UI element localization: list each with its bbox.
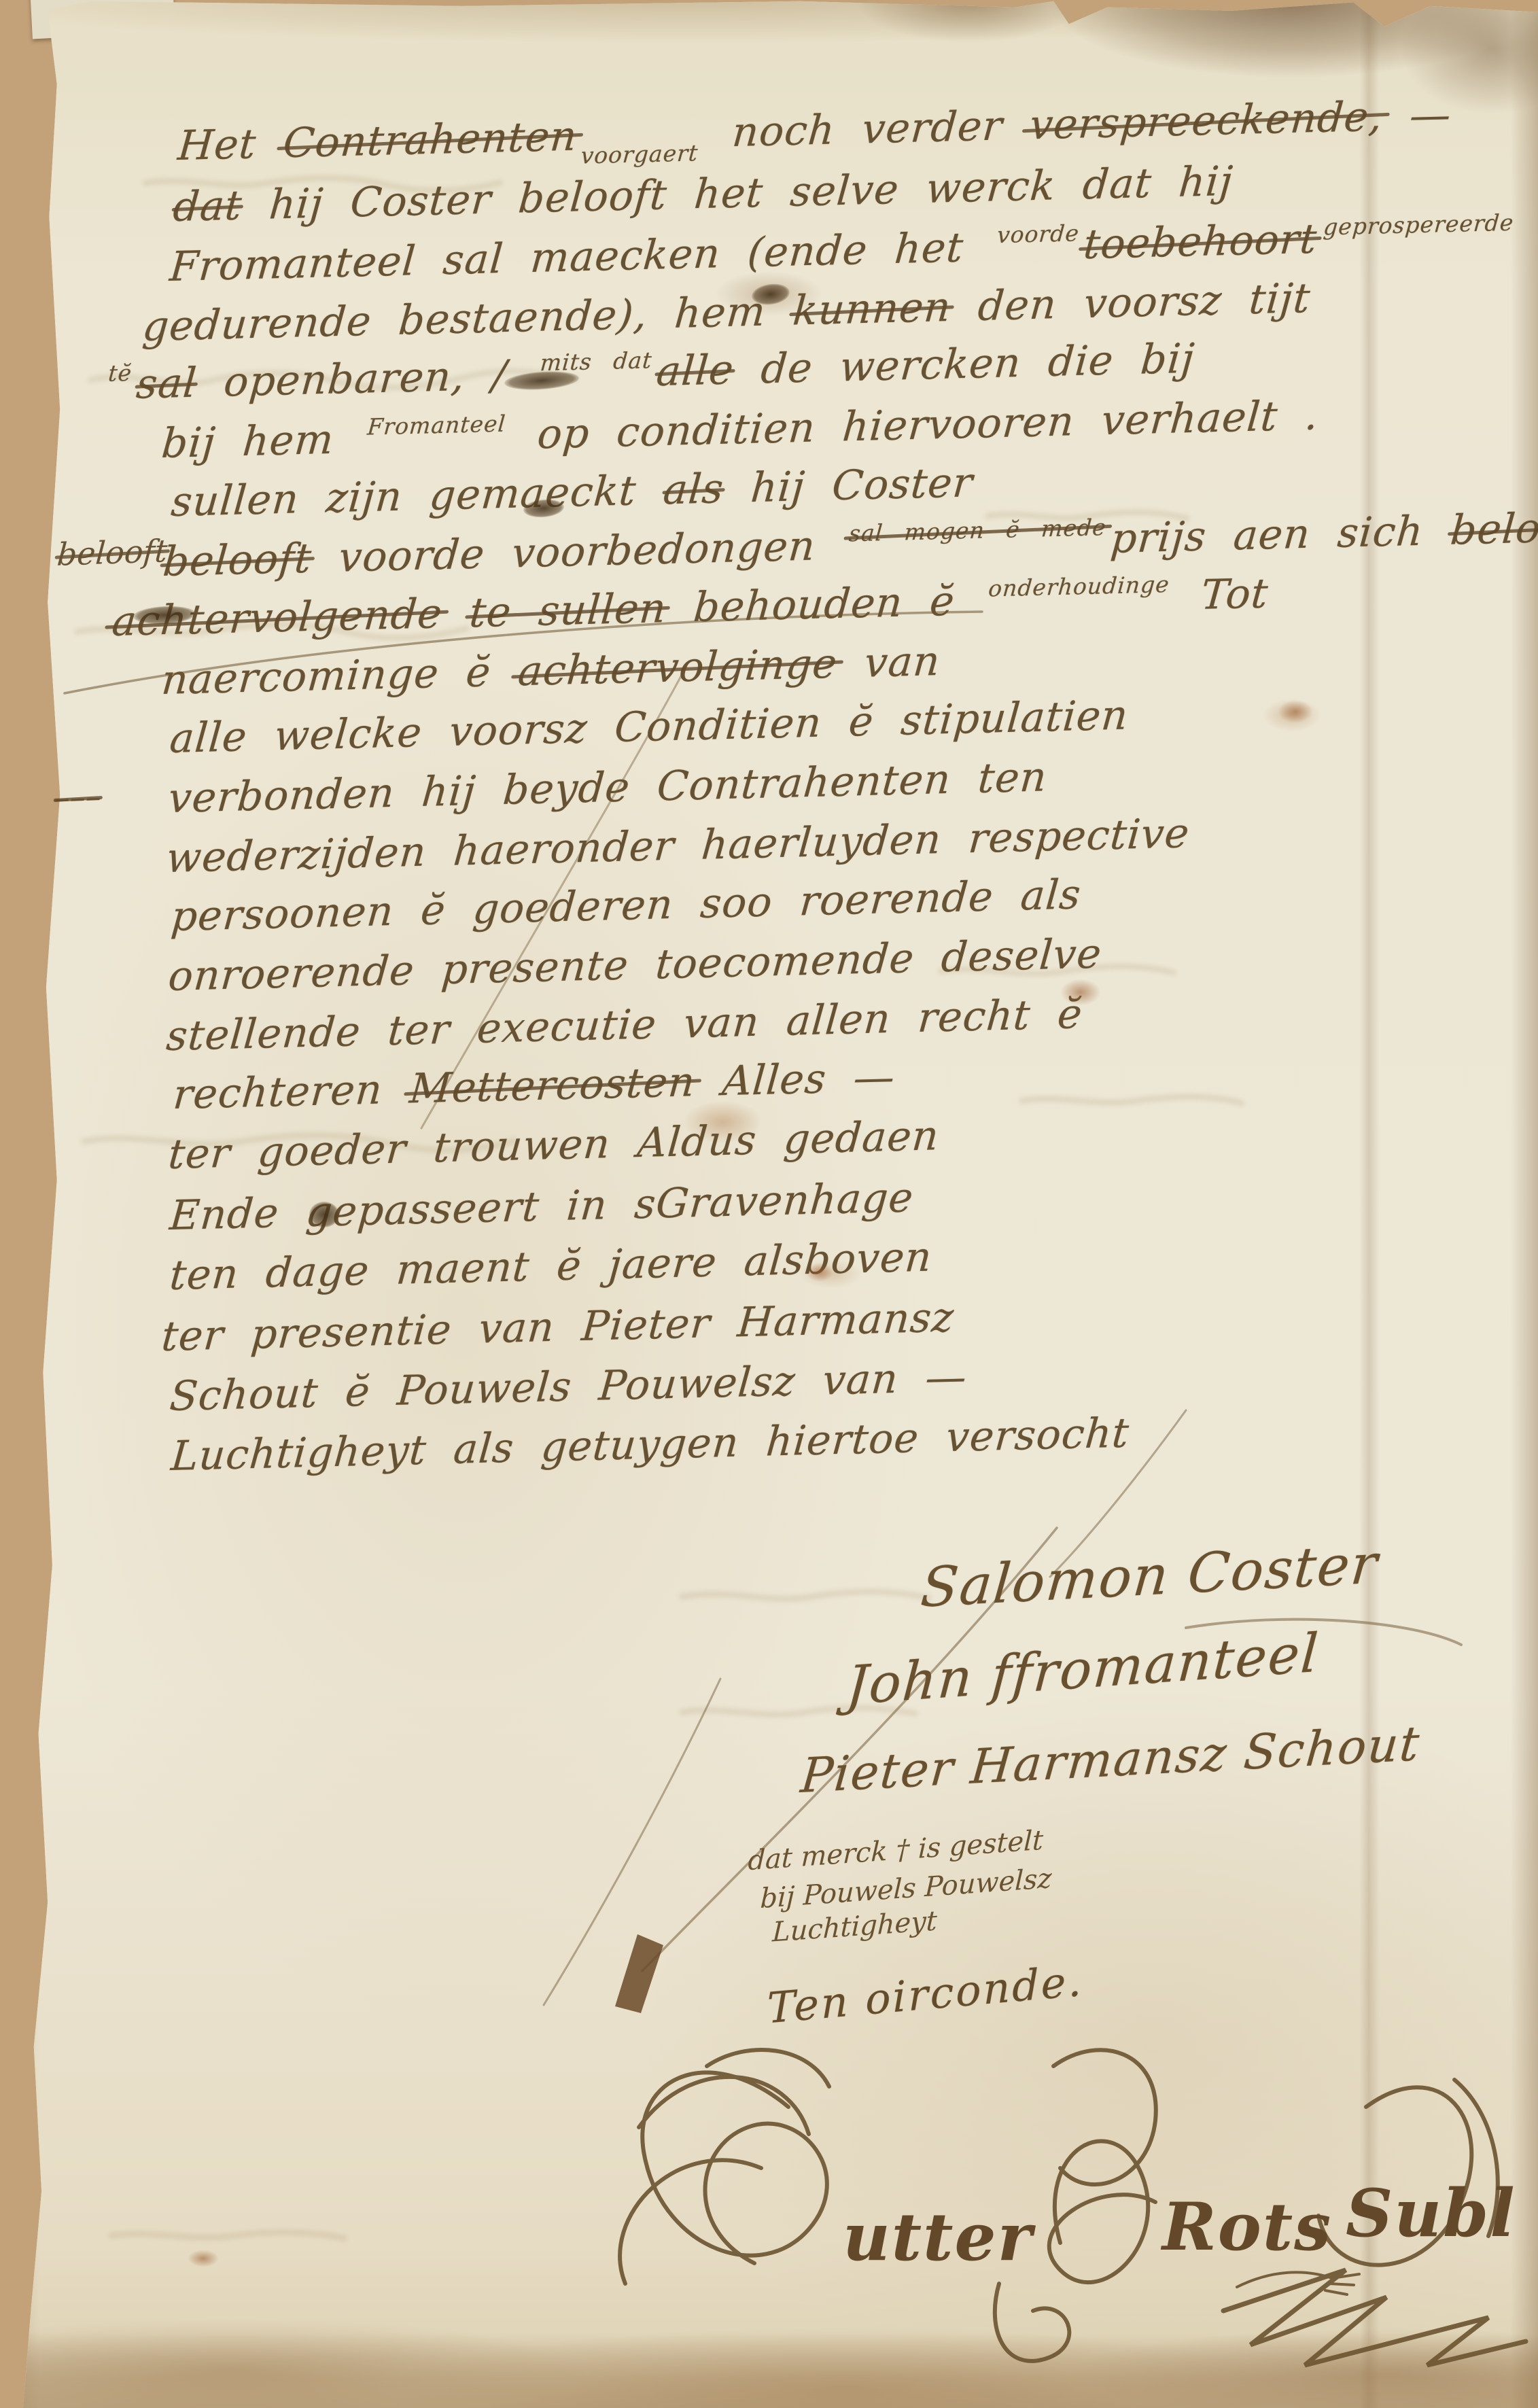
rust-spot <box>1278 700 1313 723</box>
struck-text: sal <box>135 360 198 408</box>
margin-note: ––– <box>53 778 103 817</box>
struck-text: kunnen <box>791 283 953 335</box>
struck-text: ––– <box>53 778 103 817</box>
interlinear-insertion: voorde <box>996 220 1081 249</box>
handwritten-text: behouden ĕ <box>665 577 984 633</box>
handwritten-text: prijs aen sich <box>1109 507 1453 563</box>
handwritten-text: den voorsz tijt <box>949 275 1312 331</box>
handwritten-text <box>440 589 472 638</box>
margin-note: belooft <box>56 532 169 573</box>
rust-spot <box>188 2250 219 2267</box>
interlinear-insertion: Fromanteel <box>366 411 507 440</box>
handwritten-text: Alles — <box>693 1053 897 1106</box>
struck-text: toebehoort <box>1082 215 1319 269</box>
struck-text: als <box>661 465 725 514</box>
struck-text: verspreeckende, <box>1028 93 1385 150</box>
interlinear-insertion: tĕ <box>107 360 133 387</box>
handwritten-text: van <box>835 638 942 688</box>
struck-text: alle <box>654 346 735 396</box>
ink-blot <box>309 1202 339 1227</box>
handwritten-text: bij hem <box>160 415 363 468</box>
handwritten-text: openbaren, / <box>195 351 536 406</box>
struck-text: achtervolginge <box>517 640 839 696</box>
struck-text: te sullen <box>468 584 668 637</box>
interlinear-insertion: voorgaert <box>580 140 699 169</box>
struck-text: belooft <box>1448 503 1538 555</box>
handwritten-text: hij Coster <box>722 459 975 512</box>
handwritten-text: naercominge ĕ <box>160 648 520 704</box>
interlinear-insertion: onderhoudinge <box>988 571 1171 602</box>
handwritten-text: Het <box>176 120 285 170</box>
struck-text: belooft <box>161 535 313 587</box>
handwritten-text: rechteren <box>171 1065 412 1119</box>
handwritten-text: — <box>1381 91 1454 141</box>
struck-text: sal mogen ĕ mede <box>848 514 1108 546</box>
struck-text: belooft <box>56 532 169 573</box>
rust-spot <box>806 1263 833 1282</box>
struck-text: Contrahenten <box>281 113 579 168</box>
struck-text: Mettercosten <box>408 1058 697 1113</box>
handwritten-text: Tot <box>1172 570 1270 620</box>
struck-text: dat <box>171 181 244 231</box>
rust-spot <box>1060 979 1101 1006</box>
interlinear-insertion: geprospereerde <box>1323 209 1515 241</box>
manuscript-scan: Het Contrahentenvoorgaert noch verder ve… <box>0 0 1538 2408</box>
handwritten-text: noch verder <box>703 101 1032 157</box>
